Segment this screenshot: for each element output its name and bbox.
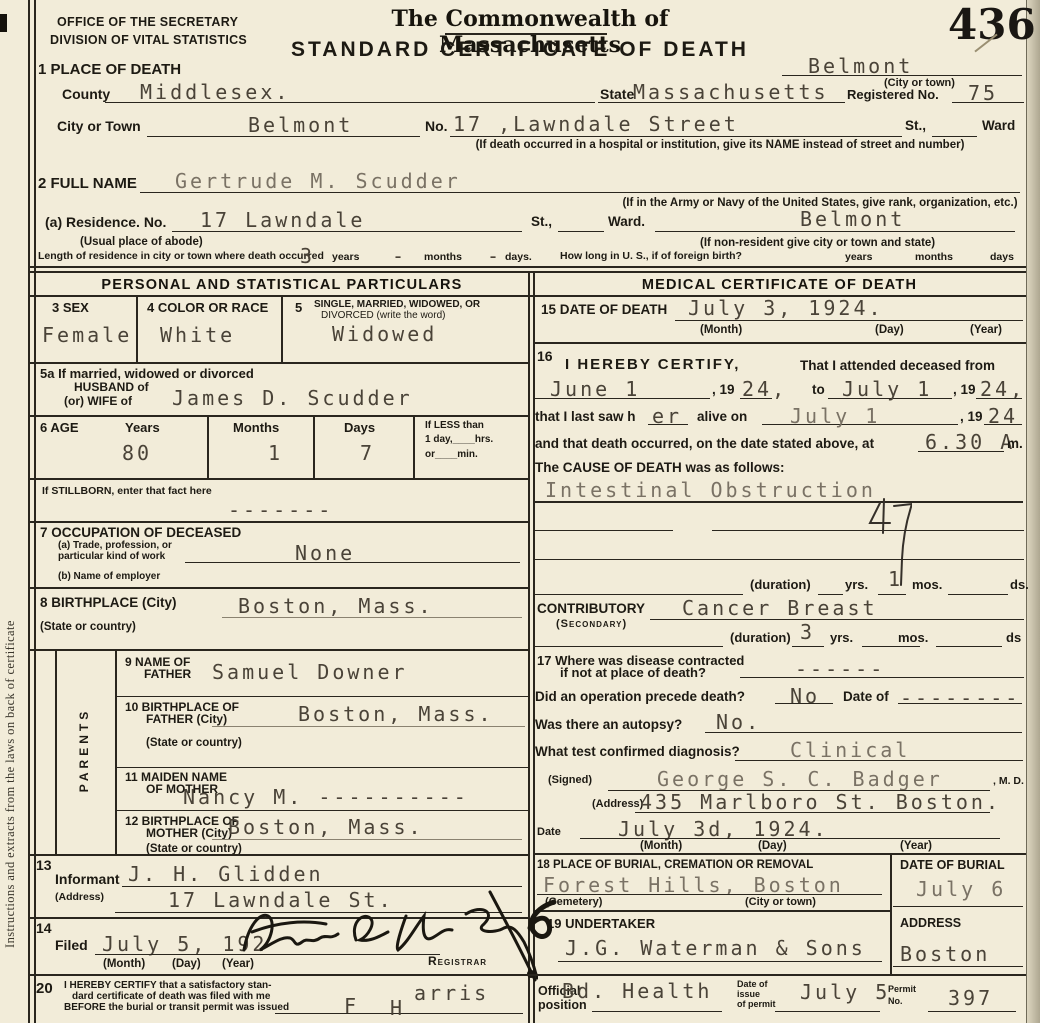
undertaker-value: J.G. Waterman & Sons — [565, 938, 866, 958]
dod-day-note: (Day) — [875, 324, 904, 336]
burial-city-note: (City or town) — [745, 897, 816, 909]
duration2-label: (duration) — [730, 631, 791, 645]
duration1-mos-value: 1 — [888, 569, 903, 589]
lastsaw-pre-label: that I last saw h — [535, 410, 636, 424]
undertaker-label: 19 UNDERTAKER — [547, 917, 655, 931]
less-than-line3: or____min. — [425, 450, 478, 461]
registrar-signature — [238, 886, 538, 982]
rule — [212, 726, 525, 727]
cause-of-death-value: Intestinal Obstruction — [545, 480, 876, 500]
date-of-burial-value: July 6 — [916, 879, 1006, 899]
lastsaw-mid-label: alive on — [697, 410, 747, 424]
age-days-header: Days — [344, 421, 375, 435]
informant-number: 13 — [36, 858, 52, 873]
lastsaw-year-value: 24 — [988, 406, 1018, 426]
death-time-value: 6.30 A — [925, 432, 1015, 452]
rule — [30, 415, 528, 417]
rule — [222, 617, 522, 618]
rule — [30, 362, 528, 364]
signed-label: (Signed) — [548, 775, 592, 787]
mother-name-value: Nancy M. ---------- — [183, 787, 469, 807]
time-m-label: m. — [1007, 437, 1023, 451]
date-of-death-value: July 3, 1924. — [688, 298, 884, 318]
rule — [775, 703, 833, 704]
lastsaw-er-value: er — [652, 406, 682, 426]
signed-day-note: (Day) — [758, 840, 787, 852]
rule — [740, 398, 772, 399]
spouse-heading: 5a If married, widowed or divorced — [40, 367, 254, 381]
rule — [592, 1011, 722, 1012]
medical-section-heading: MEDICAL CERTIFICATE OF DEATH — [533, 277, 1026, 293]
autopsy-label: Was there an autopsy? — [535, 718, 682, 732]
rule — [535, 398, 710, 399]
rule — [558, 961, 882, 962]
rule — [30, 974, 1026, 976]
full-name-heading: 2 FULL NAME — [38, 176, 137, 192]
cell-divider — [207, 415, 209, 478]
wife-of-label: (or) WIFE of — [64, 395, 132, 408]
attended-from-value: June 1 — [550, 379, 640, 399]
burial-place-value: Forest Hills, Boston — [543, 875, 844, 895]
parents-rail-label: PARENTS — [78, 652, 91, 848]
less-than-line2: 1 day,____hrs. — [425, 435, 493, 446]
state-value: Massachusetts — [633, 82, 829, 102]
corner-tick — [0, 14, 7, 32]
rule — [580, 838, 1000, 839]
burial-heading: 18 PLACE OF BURIAL, CREMATION OR REMOVAL — [537, 859, 813, 871]
duration2-yrs-label: yrs. — [830, 631, 853, 645]
board-signature-raised: arris — [414, 983, 489, 1003]
street-value: 17 ,Lawndale Street — [453, 114, 739, 134]
pre19a-label: , 19 — [712, 383, 735, 397]
rule — [893, 966, 1023, 967]
length-residence-label: Length of residence in city or town wher… — [38, 251, 324, 262]
length-years-value: 3 — [300, 246, 315, 266]
right-edge-band — [1026, 0, 1040, 1023]
duration2-mos-label: mos. — [898, 631, 928, 645]
years-label: years — [332, 252, 359, 263]
commonwealth-underline — [445, 33, 607, 35]
days-label: days. — [505, 252, 532, 263]
occupation-value: None — [295, 543, 355, 563]
rule — [533, 342, 1026, 344]
occupation-a-line1: (a) Trade, profession, or — [58, 541, 172, 552]
cell-divider — [136, 296, 138, 362]
husband-of-label: HUSBAND of — [74, 381, 149, 394]
test-label: What test confirmed diagnosis? — [535, 745, 740, 759]
undertaker-address-label: ADDRESS — [900, 917, 961, 930]
certify-rest-label: That I attended deceased from — [800, 359, 995, 373]
section20-text-line3: BEFORE the burial or transit permit was … — [64, 1003, 289, 1014]
registered-no-value: 75 — [968, 83, 998, 103]
stillborn-label: If STILLBORN, enter that fact here — [42, 486, 212, 497]
length-days-value: - — [487, 246, 502, 266]
howlong-us-label: How long in U. S., if of foreign birth? — [560, 251, 742, 262]
state-or-country-note: (State or country) — [146, 737, 242, 749]
page-title: STANDARD CERTIFICATE OF DEATH — [280, 39, 760, 61]
to-word-label: to — [812, 383, 825, 397]
signed-date-label: Date — [537, 827, 561, 839]
rule — [984, 424, 1022, 425]
birthplace-value: Boston, Mass. — [238, 596, 434, 616]
state-label: State — [600, 87, 634, 102]
occupation-heading: 7 OCCUPATION OF DECEASED — [40, 526, 241, 540]
cell-divider — [313, 415, 315, 478]
cell-divider — [413, 415, 415, 478]
rule — [30, 649, 528, 651]
rule — [635, 812, 990, 813]
rule — [735, 760, 1023, 761]
rule — [212, 839, 522, 840]
rule — [115, 810, 528, 811]
duration1-label: (duration) — [750, 578, 811, 592]
permit-no-value: 397 — [948, 988, 993, 1008]
contributory-value: Cancer Breast — [682, 598, 878, 618]
official-position-value: Bd. Health — [562, 981, 712, 1001]
dod-year-note: (Year) — [970, 324, 1002, 336]
age-years-header: Years — [125, 421, 160, 435]
office-line2: DIVISION OF VITAL STATISTICS — [50, 34, 247, 47]
md-label: , M. D. — [993, 776, 1024, 787]
informant-label: Informant — [55, 872, 120, 887]
city-label: City or Town — [57, 119, 141, 134]
personal-section-heading: PERSONAL AND STATISTICAL PARTICULARS — [36, 277, 528, 293]
residence-value: 17 Lawndale — [200, 210, 365, 230]
age-days-value: 7 — [360, 443, 375, 463]
months-label: months — [424, 252, 462, 263]
informant-name-value: J. H. Glidden — [128, 864, 324, 884]
rule — [792, 646, 824, 647]
less-than-line1: If LESS than — [425, 421, 484, 432]
board-signature-f: F — [344, 996, 359, 1016]
duration2-ds-label: ds — [1006, 631, 1021, 645]
physician-signed-value: George S. C. Badger — [657, 769, 943, 789]
length-months-value: - — [392, 246, 407, 266]
operation-date-value: -------- — [900, 688, 1020, 708]
registered-no-label: Registered No. — [847, 88, 939, 102]
rule — [30, 478, 528, 480]
race-label: 4 COLOR OR RACE — [147, 301, 268, 315]
howlong-months-label: months — [915, 252, 953, 263]
father-birthplace-label2: FATHER (City) — [146, 713, 227, 726]
marital-number: 5 — [295, 301, 302, 315]
signed-date-value: July 3d, 1924. — [618, 819, 829, 839]
operation-date-label: Date of — [843, 690, 889, 704]
rule — [533, 853, 1026, 855]
signed-year-note: (Year) — [900, 840, 932, 852]
race-value: White — [160, 325, 235, 345]
parents-box-border — [55, 649, 57, 855]
rule — [533, 594, 743, 595]
dod-month-note: (Month) — [700, 324, 742, 336]
rule — [30, 587, 528, 589]
age-months-header: Months — [233, 421, 279, 435]
rule — [533, 559, 1024, 560]
rule — [898, 703, 1022, 704]
residence-ward-label: Ward. — [608, 215, 645, 229]
sex-value: Female — [42, 325, 132, 345]
rule — [818, 594, 843, 595]
residence-st-label: St., — [531, 215, 552, 229]
state-or-country-note: (State or country) — [40, 621, 136, 633]
rule — [705, 732, 1022, 733]
stillborn-value: ------- — [228, 500, 333, 520]
rule — [782, 75, 1022, 76]
rule — [533, 501, 1023, 503]
abode-note: (Usual place of abode) — [80, 236, 203, 248]
section20-text-line2: dard certificate of death was filed with… — [72, 992, 270, 1003]
cell-divider — [281, 296, 283, 362]
full-name-value: Gertrude M. Scudder — [175, 171, 461, 191]
filed-number: 14 — [36, 921, 52, 936]
rule — [878, 594, 906, 595]
hospital-note: (If death occurred in a hospital or inst… — [420, 139, 1020, 151]
disease-contracted-value: ------ — [795, 659, 885, 679]
duration1-mos-label: mos. — [912, 578, 942, 592]
permit-label2: No. — [888, 997, 903, 1006]
howlong-days-label: days — [990, 252, 1014, 263]
undertaker-address-value: Boston — [900, 944, 990, 964]
to-year-value: 24, — [980, 379, 1025, 399]
certificate-number: 436 — [948, 0, 1036, 49]
date-of-burial-label: DATE OF BURIAL — [900, 859, 1005, 872]
registered-city-value: Belmont — [808, 56, 913, 76]
autopsy-value: No. — [716, 712, 761, 732]
secondary-label: (Secondary) — [556, 619, 627, 631]
duration1-yrs-label: yrs. — [845, 578, 868, 592]
death-occurred-label: and that death occurred, on the date sta… — [535, 437, 874, 451]
rule — [30, 521, 528, 523]
rule — [648, 424, 688, 425]
occupation-b-label: (b) Name of employer — [58, 572, 160, 583]
issue-label3: of permit — [737, 1000, 776, 1009]
disease-contracted-label2: if not at place of death? — [560, 666, 706, 680]
rule — [598, 102, 845, 103]
age-months-value: 1 — [268, 443, 283, 463]
rule — [948, 594, 1008, 595]
street-no-label: No. — [425, 119, 448, 134]
rule — [976, 398, 1022, 399]
from-year-value: 24, — [742, 379, 787, 399]
rule — [655, 231, 1015, 232]
rule — [185, 562, 520, 563]
nonresident-note: (If non-resident give city or town and s… — [700, 237, 935, 249]
occupation-a-line2: particular kind of work — [58, 552, 165, 563]
date-of-death-label: 15 DATE OF DEATH — [541, 303, 667, 317]
section20-number: 20 — [36, 981, 53, 997]
place-of-death-heading: 1 PLACE OF DEATH — [38, 62, 181, 78]
certify-bold-label: I HEREBY CERTIFY, — [565, 357, 740, 373]
county-label: County — [62, 87, 110, 102]
marital-label-line2: DIVORCED (write the word) — [321, 311, 445, 322]
age-label: 6 AGE — [40, 421, 79, 435]
rule — [105, 102, 595, 103]
rule — [140, 192, 1020, 193]
sex-label: 3 SEX — [52, 301, 89, 315]
father-birthplace-value: Boston, Mass. — [298, 704, 494, 724]
parents-rail-border — [115, 649, 117, 855]
rule — [650, 619, 1024, 620]
board-signature-h: H — [390, 998, 405, 1018]
test-value: Clinical — [790, 740, 910, 760]
rule — [893, 906, 1023, 907]
marital-value: Widowed — [332, 324, 437, 344]
rule — [172, 231, 522, 232]
pre19c-label: , 19 — [960, 410, 983, 424]
operation-label: Did an operation precede death? — [535, 690, 745, 704]
st-label: St., — [905, 119, 926, 133]
rule — [675, 320, 1023, 321]
rule — [533, 910, 890, 912]
informant-address-label: (Address) — [55, 892, 104, 903]
rule — [862, 646, 920, 647]
rule — [537, 894, 882, 895]
rule — [533, 530, 673, 531]
ink-scribble — [520, 898, 562, 950]
ward-label: Ward — [982, 119, 1015, 133]
marital-label-line1: SINGLE, MARRIED, WIDOWED, OR — [314, 300, 480, 311]
birthplace-label: 8 BIRTHPLACE (City) — [40, 596, 177, 610]
filed-day-note: (Day) — [172, 958, 201, 970]
duration1-ds-label: ds. — [1010, 578, 1029, 592]
section20-text-line1: I HEREBY CERTIFY that a satisfactory sta… — [64, 981, 271, 992]
rule — [450, 136, 902, 137]
rule — [775, 1011, 880, 1012]
rule — [558, 231, 604, 232]
side-instructions-text: Instructions and extracts from the laws … — [3, 620, 18, 948]
rule — [936, 646, 1002, 647]
duration2-yrs-value: 3 — [800, 622, 815, 642]
city-value: Belmont — [248, 115, 353, 135]
rule — [115, 696, 528, 697]
death-certificate-page: Instructions and extracts from the laws … — [0, 0, 1040, 1023]
cause-of-death-label: The CAUSE OF DEATH was as follows: — [535, 461, 785, 475]
section16-number: 16 — [537, 349, 553, 364]
burial-cell-divider — [890, 853, 892, 975]
howlong-years-label: years — [845, 252, 872, 263]
physician-address-label: (Address) — [592, 799, 643, 811]
rule — [928, 1011, 1016, 1012]
rule — [533, 646, 723, 647]
mother-birthplace-value: Boston, Mass. — [228, 817, 424, 837]
rule — [932, 136, 977, 137]
permit-label1: Permit — [888, 985, 916, 994]
attended-to-value: July 1 — [842, 379, 932, 399]
rule — [918, 451, 1004, 452]
mother-birthplace-label2: MOTHER (City) — [146, 827, 232, 840]
rule — [30, 266, 1026, 268]
lastsaw-date-value: July 1 — [790, 406, 880, 426]
residence-city-value: Belmont — [800, 209, 905, 229]
physician-address-value: 435 Marlboro St. Boston. — [640, 792, 1001, 812]
contributory-label: CONTRIBUTORY — [537, 602, 645, 616]
rule — [740, 677, 1024, 678]
rule — [147, 136, 420, 137]
pre19b-label: , 19 — [953, 383, 976, 397]
filed-label: Filed — [55, 938, 88, 953]
residence-label: (a) Residence. No. — [45, 215, 166, 230]
office-line1: OFFICE OF THE SECRETARY — [57, 16, 238, 29]
left-border-outer — [28, 0, 30, 1023]
signed-month-note: (Month) — [640, 840, 682, 852]
spouse-value: James D. Scudder — [172, 388, 413, 408]
issue-date-value: July 5 — [800, 982, 890, 1002]
father-name-value: Samuel Downer — [212, 662, 408, 682]
county-value: Middlesex. — [140, 82, 290, 102]
filed-month-note: (Month) — [103, 958, 145, 970]
rule — [115, 767, 528, 768]
age-years-value: 80 — [122, 443, 152, 463]
father-name-label2: FATHER — [144, 668, 191, 681]
rule — [30, 854, 528, 856]
